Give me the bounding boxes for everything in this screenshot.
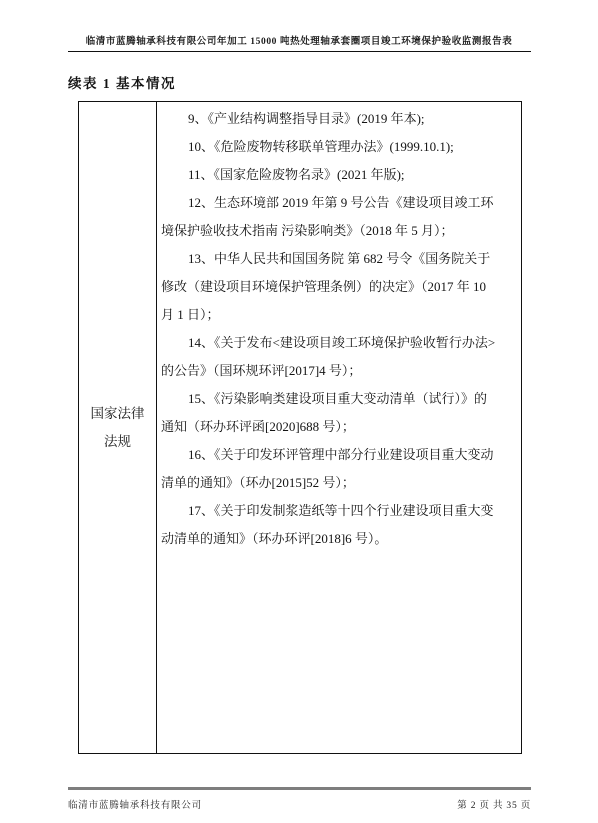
law-line: 10、《危险废物转移联单管理办法》(1999.10.1);: [161, 133, 516, 161]
law-line: 15、《污染影响类建设项目重大变动清单（试行）》的: [161, 385, 516, 413]
law-line: 12、生态环境部 2019 年第 9 号公告《建设项目竣工环: [161, 189, 516, 217]
law-line: 境保护验收技术指南 污染影响类》（2018 年 5 月）；: [161, 217, 516, 245]
footer-divider-line: [68, 787, 531, 790]
law-line: 13、中华人民共和国国务院 第 682 号令《国务院关于: [161, 245, 516, 273]
footer-company-name: 临清市蓝腾轴承科技有限公司: [68, 797, 202, 811]
law-line: 11、《国家危险废物名录》(2021 年版);: [161, 161, 516, 189]
law-line: 9、《产业结构调整指导目录》(2019 年本);: [161, 105, 516, 133]
report-header-title: 临清市蓝腾轴承科技有限公司年加工 15000 吨热处理轴承套圈项目竣工环境保护验…: [0, 0, 598, 47]
law-line: 17、《关于印发制浆造纸等十四个行业建设项目重大变: [161, 497, 516, 525]
law-line: 清单的通知》（环办[2015]52 号）；: [161, 469, 516, 497]
section-title: 续表 1 基本情况: [68, 72, 598, 92]
page-footer: 临清市蓝腾轴承科技有限公司 第 2 页 共 35 页: [68, 797, 531, 811]
table-row-label: 国家法律法规: [79, 102, 157, 753]
law-line: 的公告》（国环规环评[2017]4 号）；: [161, 357, 516, 385]
footer-page-number: 第 2 页 共 35 页: [457, 797, 531, 811]
law-line: 修改（建设项目环境保护管理条例）的决定》（2017 年 10: [161, 273, 516, 301]
document-page: 临清市蓝腾轴承科技有限公司年加工 15000 吨热处理轴承套圈项目竣工环境保护验…: [0, 0, 598, 823]
basic-info-table: 国家法律法规 9、《产业结构调整指导目录》(2019 年本); 10、《危险废物…: [78, 101, 522, 754]
law-line: 16、《关于印发环评管理中部分行业建设项目重大变动: [161, 441, 516, 469]
header-divider-line: [68, 51, 531, 52]
law-line: 14、《关于发布<建设项目竣工环境保护验收暂行办法>: [161, 329, 516, 357]
law-line: 动清单的通知》（环办环评[2018]6 号）。: [161, 525, 516, 553]
table-row-content: 9、《产业结构调整指导目录》(2019 年本); 10、《危险废物转移联单管理办…: [157, 102, 521, 753]
law-line: 通知（环办环评函[2020]688 号）；: [161, 413, 516, 441]
law-line: 月 1 日）；: [161, 301, 516, 329]
